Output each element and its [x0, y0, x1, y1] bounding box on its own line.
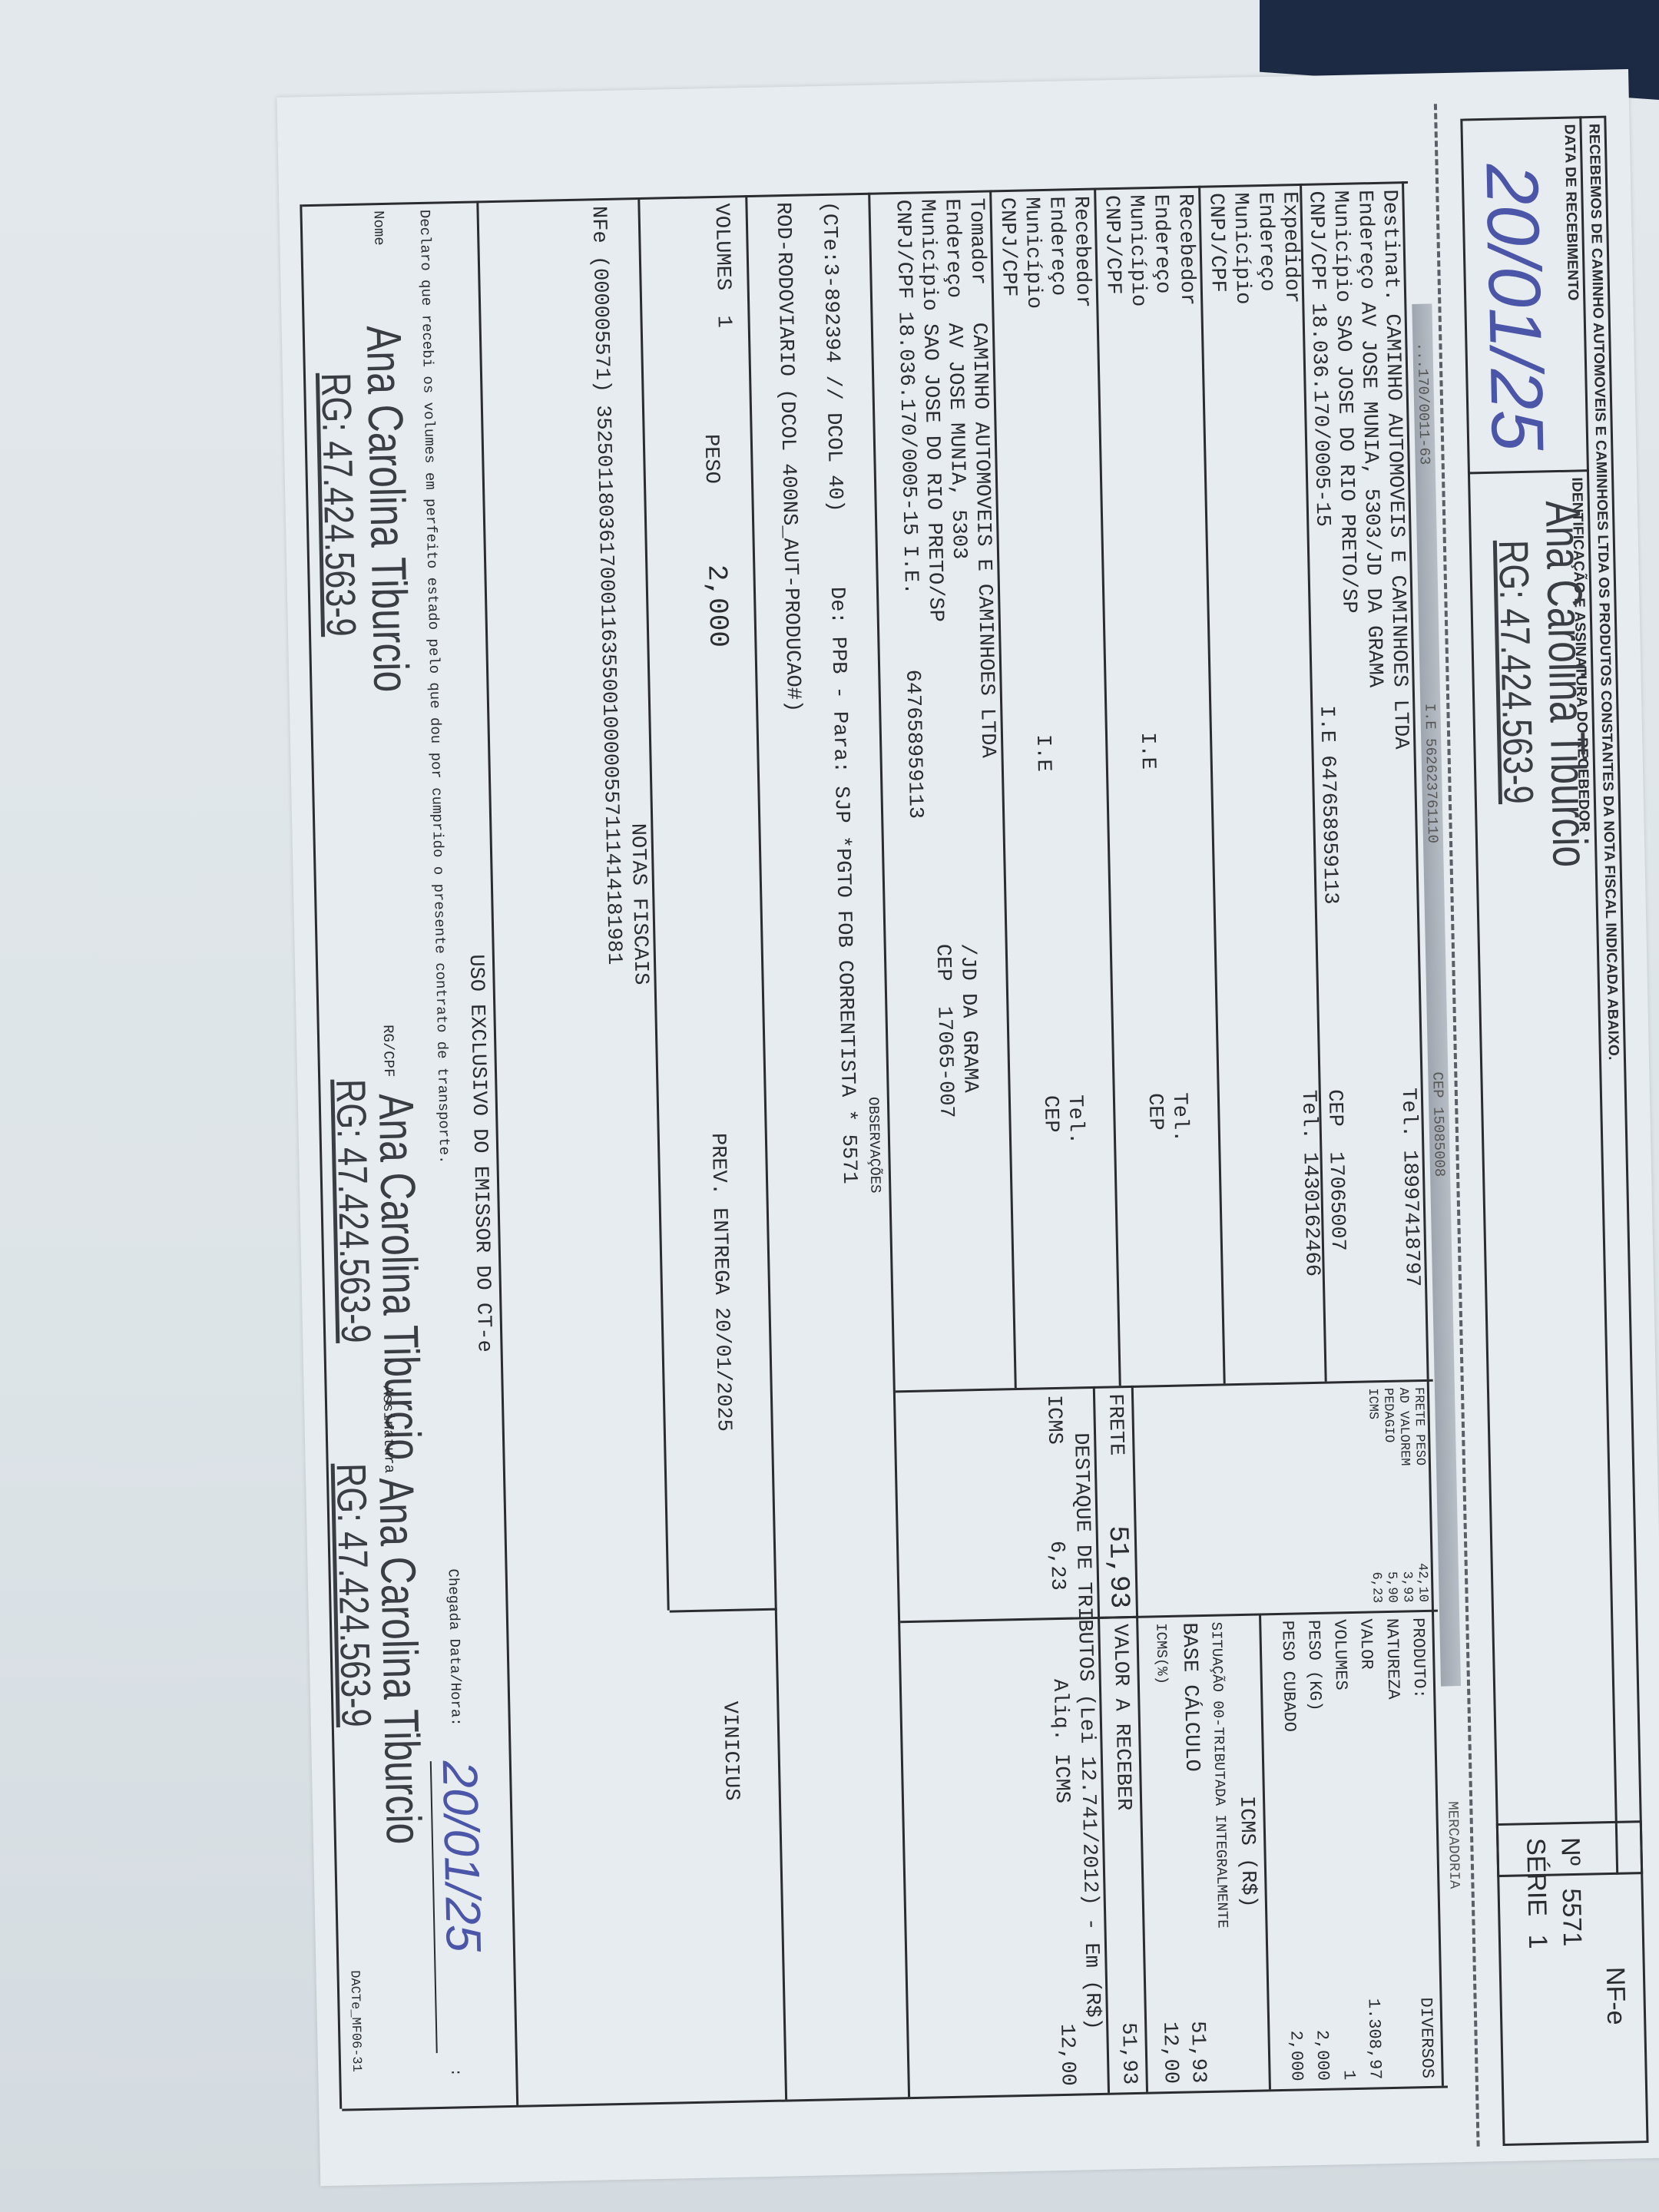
- rec-cep-label: CEP: [1143, 1093, 1167, 1131]
- rec-city-label: Município: [1124, 194, 1149, 306]
- cargo-label: PRODUTO:: [1404, 1618, 1432, 1699]
- cargo-label: VOLUMES: [1326, 1619, 1353, 1690]
- middle-column-divider: [896, 1379, 1433, 1393]
- date-received-handwritten: 20/01/25: [1469, 163, 1560, 452]
- tom-cnpj: 18.036.170/0005-15: [892, 311, 920, 535]
- dest-cnpj-label: CNPJ/CPF: [1303, 190, 1329, 290]
- tom-top-line: [989, 190, 1017, 1388]
- number-label: Nº: [1555, 1837, 1585, 1866]
- cargo-label: PESO (KG): [1300, 1620, 1327, 1712]
- valor-receber-label: VALOR A RECEBER: [1108, 1624, 1134, 1811]
- dest-ie-value: 647658959113: [1316, 755, 1342, 905]
- dest-cnpj: 18.036.170/0005-15: [1306, 303, 1333, 527]
- freight-component-value: 5,90: [1383, 1571, 1399, 1603]
- rec-ie-label: I.E: [1135, 732, 1159, 770]
- dest-label: Destinat.: [1377, 189, 1402, 301]
- rg-cpf-label: RG/CPF: [379, 1025, 397, 1078]
- dest-cep-value: 17065007: [1323, 1151, 1349, 1251]
- prev-entrega-value: 20/01/2025: [710, 1307, 735, 1432]
- dest-cep-label: CEP: [1323, 1089, 1346, 1127]
- nfe-label: NF-e: [1600, 1967, 1631, 2025]
- exp-address-label: Endereço: [1253, 192, 1278, 292]
- volumes-label: VOLUMES: [709, 203, 733, 290]
- chegada-label: Chegada Data/Hora:: [445, 1568, 465, 1727]
- tom-label: Tomador: [964, 198, 988, 286]
- frete-label: FRETE: [1103, 1393, 1128, 1456]
- cargo-label: PESO CUBADO: [1273, 1620, 1302, 1732]
- icms-base-label: BASE CÁLCULO: [1177, 1622, 1203, 1772]
- dest-tel-label: Tel.: [1396, 1088, 1420, 1137]
- freight-component-label: AD VALOREM: [1395, 1387, 1412, 1465]
- cargo-value: 2,000: [1308, 2030, 1335, 2081]
- occluded-text-product: MERCADORIA: [1444, 1801, 1462, 1889]
- rec2-cnpj-label: CNPJ/CPF: [995, 197, 1020, 297]
- tom-ie: I.E. 647658959113: [898, 545, 926, 819]
- series-label: SÉRIE: [1521, 1838, 1551, 1917]
- tom-address-label: Endereço: [939, 198, 965, 298]
- nome-label: Nome: [370, 210, 388, 246]
- rec2-tel-label: Tel.: [1063, 1094, 1087, 1144]
- dest-ie: I.E 647658959113: [1314, 705, 1341, 905]
- cargo-value: DIVERSOS: [1412, 1997, 1440, 2078]
- tributos-icms-label: ICMS: [1041, 1395, 1065, 1445]
- icms-title: ICMS (R$): [1230, 1614, 1263, 2090]
- driver-divider: [670, 1608, 777, 1613]
- tributos-aliq-label: Aliq. ICMS: [1048, 1679, 1073, 1804]
- tom-cnpj-label: CNPJ/CPF: [890, 200, 916, 300]
- receiver-name-stamp: Ana Carolina Tiburcio: [1535, 500, 1599, 868]
- peso-value: 2,000: [700, 565, 733, 648]
- freight-components: FRETE PESO42,10AD VALOREM3,93PEDAGIO5,90…: [1364, 1387, 1430, 1604]
- rec2-city-label: Município: [1019, 197, 1045, 309]
- cargo-value: [1388, 2078, 1414, 2079]
- valor-receber-value: 51,93: [1112, 1846, 1140, 2085]
- form-code: DACTe_MF06-31: [345, 1970, 364, 2072]
- number-value: 5571: [1557, 1888, 1588, 1946]
- icms-base-value: 51,93: [1181, 1845, 1209, 2084]
- nfe-series: SÉRIE 1: [1520, 1838, 1552, 1949]
- rec-tel-label: Tel.: [1167, 1092, 1191, 1142]
- occluded-text-left: ...170/0011-63: [1413, 342, 1432, 465]
- driver-name: VINICIUS: [717, 1701, 743, 1801]
- occluded-text-cep: CEP 15085008: [1429, 1071, 1448, 1177]
- rec2-top-line: [1094, 188, 1121, 1386]
- rec-top-line: [1198, 186, 1226, 1384]
- dest-tel-value: 18997418797: [1397, 1150, 1423, 1287]
- totals-divider: [1100, 1616, 1138, 1619]
- tributos-aliq-value: 12,00: [1051, 1848, 1078, 2087]
- cargo-label: NATUREZA: [1378, 1618, 1406, 1700]
- exp-tel-label: Tel.: [1296, 1090, 1320, 1140]
- exp-cnpj-label: CNPJ/CPF: [1204, 193, 1229, 293]
- icms-rate-label: ICMS(%): [1152, 1623, 1171, 1684]
- tom-city-label: Município: [915, 199, 940, 311]
- peso-label: PESO: [699, 434, 723, 484]
- rec2-ie-label: I.E: [1031, 734, 1055, 772]
- rec-cnpj-label: CNPJ/CPF: [1099, 195, 1124, 295]
- tributos-icms-value: 6,23: [1045, 1541, 1068, 1591]
- freight-component-value: 42,10: [1414, 1563, 1430, 1602]
- dest-address-label: Endereço: [1353, 190, 1378, 290]
- icms-rate-value: 12,00: [1154, 1846, 1181, 2085]
- rec-label: Recebedor: [1173, 194, 1198, 306]
- exp-tel-value: 1430162466: [1297, 1152, 1323, 1277]
- freight-component-label: FRETE PESO: [1410, 1387, 1427, 1465]
- freight-component-label: ICMS: [1364, 1388, 1380, 1419]
- declaration-text: Declaro que recebi os volumes em perfeit…: [416, 210, 452, 1164]
- freight-component-value: 3,93: [1399, 1571, 1415, 1602]
- tom-address: AV JOSE MUNIA, 5303: [942, 323, 970, 559]
- rec2-label: Recebedor: [1068, 196, 1094, 308]
- occluded-text-ie: I.E 562623761110: [1421, 703, 1441, 843]
- dest-city-label: Município: [1328, 190, 1353, 303]
- freight-component-label: PEDAGIO: [1379, 1388, 1396, 1443]
- rec2-address-label: Endereço: [1044, 196, 1069, 296]
- prev-entrega-label: PREV. ENTREGA: [706, 1133, 732, 1295]
- freight-component-value: 6,23: [1368, 1571, 1384, 1603]
- tom-cep-value: 17065-007: [932, 1006, 957, 1118]
- cargo-value: 2,000: [1282, 2030, 1309, 2081]
- cargo-label: VALOR: [1352, 1618, 1379, 1670]
- volumes: VOLUMES 1: [709, 203, 734, 328]
- dest-tel: Tel. 18997418797: [1396, 1088, 1423, 1287]
- cargo-value: 1: [1335, 2070, 1361, 2081]
- nome-rg-stamp: RG: 47.424.563-9: [312, 373, 365, 637]
- rg-stamp: RG: 47.424.563-9: [326, 1078, 379, 1343]
- volumes-value: 1: [711, 315, 734, 328]
- prev-entrega: PREV. ENTREGA 20/01/2025: [706, 1133, 735, 1432]
- nome-stamp: Ana Carolina Tiburcio: [356, 325, 420, 693]
- obs-line-2: ROD-RODOVIARIO (DCOL 400NS_AUT-PRODUCAO#…: [770, 202, 804, 713]
- dacte-document: RECEBEMOS DE CAMINHO AUTOMOVEIS E CAMINH…: [276, 69, 1659, 2186]
- tom-cep-label: CEP: [931, 944, 955, 982]
- nfe-number: Nº 5571: [1555, 1837, 1587, 1947]
- exp-city-label: Município: [1228, 192, 1253, 304]
- dest-ie-label: I.E: [1314, 705, 1338, 743]
- receiver-rg-stamp: RG: 47.424.563-9: [1489, 540, 1542, 805]
- tom-ie-value: 647658959113: [900, 669, 926, 819]
- assinatura-label: Assinatura: [379, 1386, 398, 1473]
- icms-situation: SITUAÇÃO 00-TRIBUTADA INTEGRALMENTE: [1207, 1621, 1230, 1928]
- chegada-handwritten: 20/01/25: [430, 1760, 495, 2054]
- cargo-info: PRODUTO:DIVERSOSNATUREZAVALOR1.308,97VOL…: [1273, 1618, 1440, 2081]
- frete-value: 51,93: [1101, 1462, 1135, 1609]
- series-value: 1: [1523, 1934, 1552, 1949]
- tom-address-extra: /JD DA GRAMA: [955, 943, 982, 1093]
- tom-line-1: Tomador CAMINHO AUTOMOVEIS E CAMINHOES L…: [964, 198, 998, 759]
- dest-cep: CEP 17065007: [1323, 1089, 1349, 1251]
- tom-ie-label: I.E.: [898, 545, 922, 594]
- rec2-cep-label: CEP: [1038, 1095, 1062, 1133]
- exp-label: Expedidor: [1277, 191, 1303, 303]
- assinatura-stamp-rg: RG: 47.424.563-9: [327, 1463, 380, 1728]
- cargo-value: 1.308,97: [1360, 1998, 1388, 2080]
- rec-address-label: Endereço: [1148, 194, 1174, 293]
- tom-cep: CEP 17065-007: [931, 944, 958, 1118]
- chegada-time-sep: :: [447, 2068, 464, 2077]
